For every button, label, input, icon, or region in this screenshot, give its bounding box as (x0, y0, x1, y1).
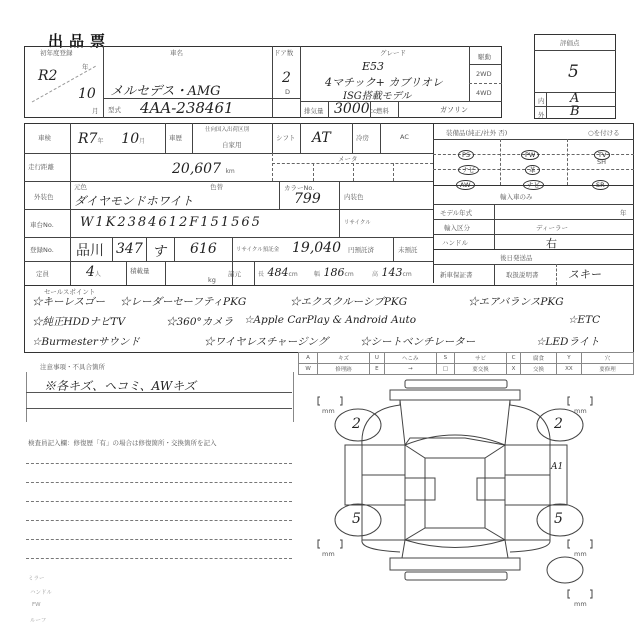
ac-label: 冷房 (356, 133, 369, 142)
tire-front-left: 2 (352, 416, 361, 432)
ac-value: AC (400, 133, 409, 141)
car-diagram (300, 370, 640, 640)
inspection-date: R7年 10月 (78, 131, 145, 147)
selling-point: ☆ETC (568, 314, 600, 326)
dimensions-width: 幅 186cm (314, 266, 354, 279)
registration-class: 347 (116, 241, 143, 257)
import-header: 輸入車のみ (500, 192, 533, 201)
exterior-score: B (570, 104, 580, 119)
usage-label: 車歴 (169, 133, 182, 142)
color-no-value: 799 (294, 191, 321, 207)
selling-point: ☆シートベンチレーター (360, 334, 475, 349)
displacement-label: 排気量 (304, 106, 324, 115)
drive-option: 駆動 (478, 52, 491, 61)
doors-label: ドア数 (274, 48, 293, 57)
registration-label: 登録No. (30, 245, 54, 254)
selling-point: ☆ワイヤレスチャージング (204, 334, 328, 349)
chassis-label: 車台No. (30, 220, 54, 229)
equipment-note: ○を付ける (588, 128, 620, 137)
inspector-label: 検査員記入欄：修復歴「有」の場合は修復箇所・交換箇所を記入 (28, 438, 217, 447)
remarks-label: 注意事項・不具合箇所 (40, 362, 105, 371)
selling-point: ☆Apple CarPlay & Android Auto (244, 314, 416, 326)
dimensions-length: 長 484cm (258, 266, 298, 279)
grade-line3: ISG搭載モデル (343, 87, 411, 102)
car-name-label: 車名 (170, 48, 183, 57)
model-type-label: 型式 (108, 105, 121, 114)
doors-value: 2 (282, 70, 291, 86)
selling-point: ☆Burmesterサウンド (32, 334, 140, 349)
fuel-label: 燃料 (376, 106, 389, 115)
fuel-value: ガソリン (440, 105, 468, 115)
shift-value: AT (312, 130, 331, 146)
selling-point: ☆エクスクルーシブPKG (290, 294, 407, 309)
registration-number: 616 (190, 241, 217, 257)
damage-mark: A1 (551, 462, 563, 472)
equipment-header: 装備品(純正/社外 否) (446, 128, 507, 137)
keys-cell: 新車保証書 (440, 270, 473, 279)
selling-point: ☆LEDライト (536, 334, 600, 349)
equipment-navi2: ナビ (523, 172, 544, 191)
import-row-label: 輸入区分 (444, 223, 470, 232)
handle-value: 右 (546, 235, 557, 251)
selling-point: ☆キーレスゴー (32, 294, 105, 309)
car-name-value: メルセデス・AMG (110, 80, 221, 99)
dimensions-height: 高 143cm (372, 266, 412, 279)
keys-header: 後日発送品 (500, 253, 533, 262)
import-model-year: 年 (620, 208, 627, 217)
recycle-status2: 未預託 (398, 245, 418, 254)
mileage-label: 走行距離 (28, 162, 54, 171)
selling-point: ☆360°カメラ (166, 314, 233, 329)
score-label: 評価点 (560, 38, 580, 47)
usage-value: 自家用 (222, 140, 242, 149)
selling-point: ☆エアバランスPKG (468, 294, 564, 309)
grade-label: グレード (380, 48, 406, 57)
equipment-sr: SR (592, 172, 609, 191)
dimensions-label: 諸元 (228, 269, 241, 278)
registration-kana: す (152, 241, 166, 261)
equipment-sh: SH (597, 158, 606, 166)
selling-point: ☆純正HDDナビTV (32, 314, 125, 329)
drive-option: 4WD (476, 89, 492, 97)
keys-cell: スキー (568, 266, 601, 282)
exterior-color-label: 外装色 (34, 192, 54, 201)
first-registration-month: 10 (78, 86, 96, 102)
load-label: 積載量 (130, 266, 150, 275)
meter-label: メータ (338, 154, 358, 163)
capacity-value: 4人 (86, 264, 101, 280)
displacement-value: 3000cc (334, 101, 376, 117)
import-row-label: モデル年式 (440, 208, 472, 217)
mileage-value: 20,607 km (172, 161, 235, 177)
import-row-label: ハンドル (442, 238, 468, 247)
grade-line1: E53 (362, 60, 384, 73)
inspection-label: 車検 (38, 133, 51, 142)
shift-label: シフト (276, 133, 296, 142)
keys-cell: 取扱説明書 (506, 270, 539, 279)
tire-front-right: 2 (554, 416, 563, 432)
interior-color-label: 内装色 (344, 192, 364, 201)
tire-rear-left: 5 (352, 511, 361, 527)
drive-option: 2WD (476, 70, 492, 78)
recycle-label: リサイクル預託金 (236, 245, 279, 253)
tire-rear-right: 5 (554, 511, 563, 527)
overall-score: 5 (568, 62, 579, 82)
capacity-label: 定員 (36, 269, 49, 278)
selling-point: ☆レーダーセーフティPKG (120, 294, 246, 309)
import-type: ディーラー (536, 223, 568, 232)
registration-region: 品川 (76, 240, 104, 260)
equipment-aw: AW (456, 172, 475, 191)
first-registration-label: 初年度登録 (40, 48, 73, 57)
model-type-value: 4AA-238461 (140, 99, 234, 117)
chassis-value: W1K2384612F151565 (80, 215, 262, 230)
exterior-color-value: ダイヤモンドホワイト (74, 192, 193, 209)
recycle-value: 19,040 (292, 240, 341, 256)
